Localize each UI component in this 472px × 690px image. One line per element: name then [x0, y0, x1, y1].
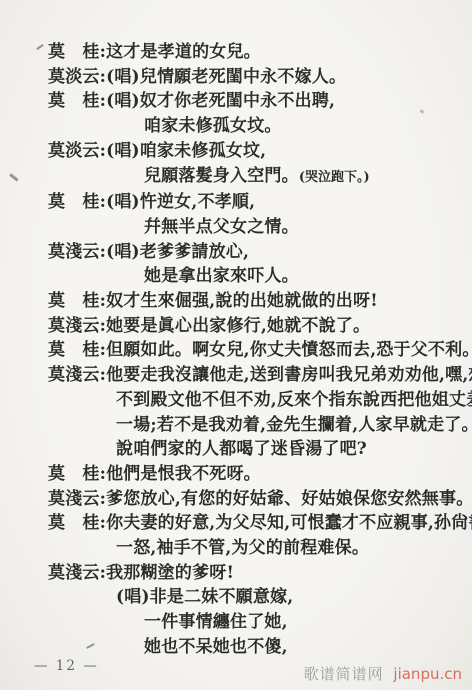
script-line: 一怒,袖手不管,为父的前程难保。: [0, 536, 472, 561]
dialogue-text: (唱)兒情願老死閨中永不嫁人。: [106, 67, 346, 87]
script-line: 莫 桂:你夫妻的好意,为父尽知,可恨蠢才不应親事,孙尙書: [0, 511, 472, 536]
watermark-site-url[interactable]: jianpu.cn: [393, 665, 462, 683]
script-line: 說咱們家的人都喝了迷昏湯了吧?: [0, 437, 472, 462]
speaker-name: 莫淡云:: [48, 65, 106, 90]
dialogue-text: 她是拿出家來吓人。: [144, 266, 299, 286]
speaker-name: 莫淺云:: [48, 561, 106, 586]
speaker-name: 莫淺云:: [48, 487, 106, 512]
dialogue-text: (唱)非是二妹不願意嫁,: [116, 587, 293, 607]
dialogue-text: (唱)咱家未修孤女坟,: [106, 141, 266, 161]
dialogue-text: 他們是恨我不死呀。: [106, 464, 261, 484]
dialogue-text: 爹您放心,有您的好姑爺、好姑娘保您安然無事。: [106, 489, 472, 509]
dialogue-text: (唱)老爹爹請放心,: [106, 242, 249, 262]
script-line: 莫淡云:(唱)咱家未修孤女坟,: [0, 139, 472, 164]
dialogue-text: 她要是眞心出家修行,她就不說了。: [106, 316, 370, 336]
speaker-name: 莫 桂:: [48, 511, 106, 536]
script-line: 莫淺云:她要是眞心出家修行,她就不說了。: [0, 314, 472, 339]
watermark-site-name: 歌谱简谱网: [304, 665, 384, 683]
script-line: 莫淺云:爹您放心,有您的好姑爺、好姑娘保您安然無事。: [0, 487, 472, 512]
script-line: 莫淺云:(唱)老爹爹請放心,: [0, 240, 472, 265]
script-line: 莫 桂:他們是恨我不死呀。: [0, 462, 472, 487]
script-line: 莫 桂:奴才生來倔强,說的出她就做的出呀!: [0, 289, 472, 314]
script-line: 一場;若不是我劝着,金先生攔着,人家早就走了。您: [0, 413, 472, 438]
speaker-name: 莫淺云:: [48, 240, 106, 265]
script-line: 咱家未修孤女坟。: [0, 114, 472, 139]
speaker-name: 莫 桂:: [48, 89, 106, 114]
speaker-name: 莫 桂:: [48, 462, 106, 487]
dialogue-text: (唱)奴才你老死閨中永不出聘,: [106, 91, 335, 111]
speaker-name: 莫 桂:: [48, 190, 106, 215]
script-line: 她是拿出家來吓人。: [0, 264, 472, 289]
dialogue-text: 他要走我沒讓他走,送到書房叫我兄弟劝劝他,嘿,想: [106, 365, 472, 385]
dialogue-text: 她也不呆她也不傻,: [144, 637, 288, 657]
script-line: 她也不呆她也不傻,: [0, 635, 472, 660]
script-line: 莫淺云:我那糊塗的爹呀!: [0, 561, 472, 586]
speaker-name: 莫淡云:: [48, 139, 106, 164]
speaker-name: 莫 桂:: [48, 338, 106, 363]
script-line: 莫淡云:(唱)兒情願老死閨中永不嫁人。: [0, 65, 472, 90]
dialogue-text: 說咱們家的人都喝了迷昏湯了吧?: [116, 439, 367, 459]
speaker-name: 莫 桂:: [48, 289, 106, 314]
page-number: — 12 —: [34, 658, 99, 674]
script-line: 莫 桂:这才是孝道的女兒。: [0, 40, 472, 65]
dialogue-text: 咱家未修孤女坟。: [144, 116, 282, 136]
script-line: 幷無半点父女之情。: [0, 215, 472, 240]
stage-direction: (哭泣跑下。): [299, 170, 370, 185]
dialogue-text: 一場;若不是我劝着,金先生攔着,人家早就走了。您: [116, 415, 472, 435]
speaker-name: 莫淺云:: [48, 363, 106, 388]
speaker-name: 莫 桂:: [48, 40, 106, 65]
script-body: 莫 桂:这才是孝道的女兒。莫淡云:(唱)兒情願老死閨中永不嫁人。莫 桂:(唱)奴…: [0, 40, 472, 660]
dialogue-text: 你夫妻的好意,为父尽知,可恨蠢才不应親事,孙尙書: [106, 513, 472, 533]
script-line: 不到殿文他不但不劝,反來个指东說西把他姐丈羞辱: [0, 388, 472, 413]
script-line: 莫 桂:但願如此。啊女兒,你丈夫憤怒而去,恐于父不利。: [0, 338, 472, 363]
script-line: 莫 桂:(唱)奴才你老死閨中永不出聘,: [0, 89, 472, 114]
dialogue-text: 但願如此。啊女兒,你丈夫憤怒而去,恐于父不利。: [106, 340, 472, 360]
dialogue-text: 奴才生來倔强,說的出她就做的出呀!: [106, 291, 378, 311]
dialogue-text: 幷無半点父女之情。: [144, 217, 299, 237]
script-line: (唱)非是二妹不願意嫁,: [0, 585, 472, 610]
dialogue-text: 不到殿文他不但不劝,反來个指东說西把他姐丈羞辱: [116, 390, 472, 410]
dialogue-text: 兒願落髮身入空門。: [144, 166, 299, 186]
dialogue-text: 我那糊塗的爹呀!: [106, 563, 234, 583]
speaker-name: 莫淺云:: [48, 314, 106, 339]
script-line: 莫淺云:他要走我沒讓他走,送到書房叫我兄弟劝劝他,嘿,想: [0, 363, 472, 388]
script-line: 莫 桂:(唱)忤逆女,不孝順,: [0, 190, 472, 215]
dialogue-text: 一件事情纏住了她,: [144, 612, 288, 632]
script-line: 一件事情纏住了她,: [0, 610, 472, 635]
dialogue-text: 一怒,袖手不管,为父的前程难保。: [116, 538, 369, 558]
dialogue-text: 这才是孝道的女兒。: [106, 42, 261, 62]
scanned-script-page: 莫 桂:这才是孝道的女兒。莫淡云:(唱)兒情願老死閨中永不嫁人。莫 桂:(唱)奴…: [0, 0, 472, 690]
watermark: 歌谱简谱网 jianpu.cn: [304, 663, 462, 684]
script-line: 兒願落髮身入空門。(哭泣跑下。): [0, 164, 472, 191]
dialogue-text: (唱)忤逆女,不孝順,: [106, 192, 255, 212]
